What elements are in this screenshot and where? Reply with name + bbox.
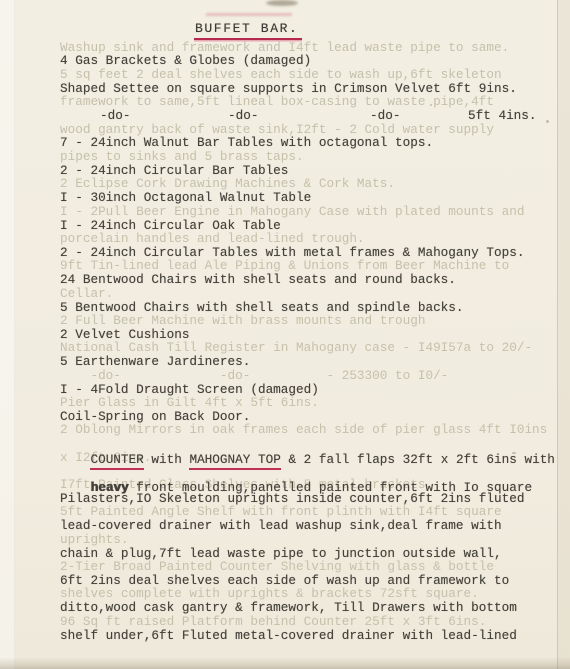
inventory-line: ditto,wood cask gantry & framework, Till… (60, 600, 517, 617)
inventory-line: 5 Bentwood Chairs with shell seats and s… (60, 300, 464, 317)
heavy-moulding-line: heavy front moulding,panelled painted fr… (60, 464, 532, 481)
inventory-line: 7 - 24inch Walnut Bar Tables with octago… (60, 135, 433, 152)
ghost-underline (206, 13, 292, 16)
inventory-line: Coil-Spring on Back Door. (60, 409, 250, 426)
ink-smudge (266, 0, 298, 6)
inventory-line: I - 30inch Octagonal Walnut Table (60, 190, 311, 207)
paper-edge-right (557, 0, 570, 669)
inventory-line: 5 Earthenware Jardineres. (60, 354, 250, 371)
paper-edge-bottom (0, 657, 570, 669)
counter-heading-line: COUNTER with MAHOGNAY TOP & 2 fall flaps… (60, 436, 555, 453)
document-page: Washup sink and framework and I4ft lead … (0, 0, 570, 669)
page-title-wrap: BUFFET BAR. (194, 19, 302, 37)
inventory-line: 2 - 24inch Circular Tables with metal fr… (60, 245, 524, 262)
inventory-line: I - 4Fold Draught Screen (damaged) (60, 382, 319, 399)
inventory-line: lead-covered drainer with lead washup si… (60, 518, 502, 535)
inventory-line: 2 Velvet Cushions (60, 327, 189, 344)
ditto-line: -do- -do- -do- 5ft 4ins. (0, 108, 570, 125)
inventory-line: Pilasters,IO Skeleton uprights inside co… (60, 491, 524, 508)
ditto-mark: -do- (100, 108, 130, 124)
inventory-line: Shaped Settee on square supports in Crim… (60, 81, 517, 98)
page-title: BUFFET BAR. (194, 21, 302, 40)
inventory-line: shelf under,6ft Fluted metal-covered dra… (60, 628, 517, 645)
ditto-mark: -do- (370, 108, 400, 124)
paper-edge-left (0, 0, 15, 669)
inventory-line: 6ft 2ins deal shelves each side of wash … (60, 573, 509, 590)
inventory-line: 2 - 24inch Circular Bar Tables (60, 163, 288, 180)
ditto-measure: 5ft 4ins. (468, 108, 537, 124)
inventory-line: 24 Bentwood Chairs with shell seats and … (60, 272, 456, 289)
ditto-mark: -do- (228, 108, 258, 124)
inventory-line: chain & plug,7ft lead waste pipe to junc… (60, 546, 502, 563)
inventory-line: I - 24inch Circular Oak Table (60, 218, 281, 235)
inventory-line: 4 Gas Brackets & Globes (damaged) (60, 53, 311, 70)
